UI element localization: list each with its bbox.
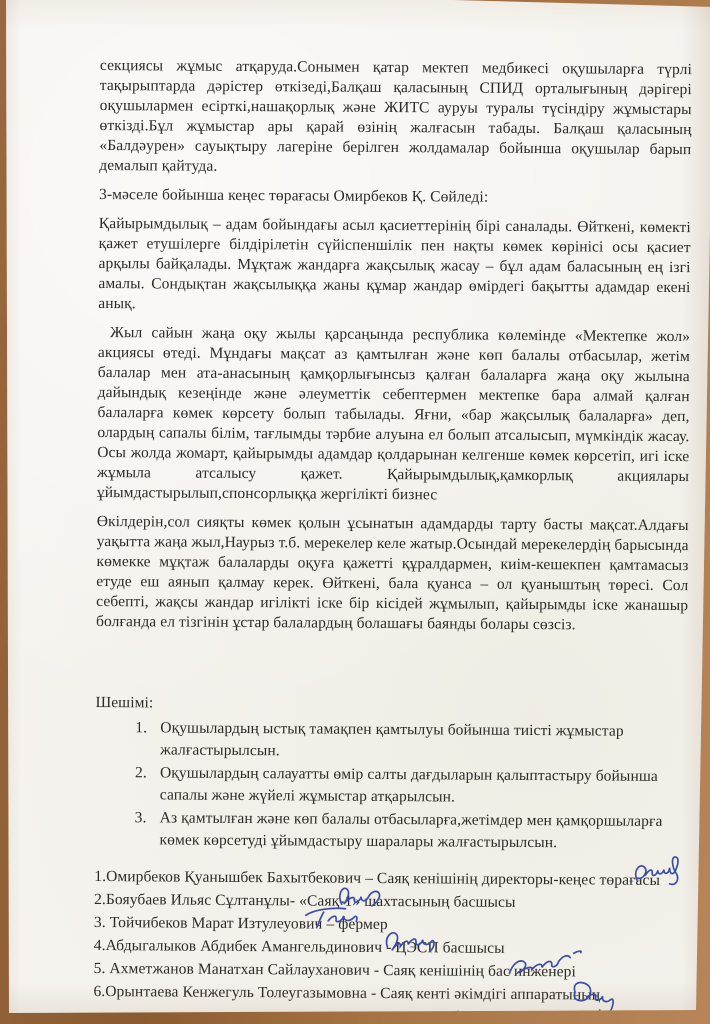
paragraph-holidays: Өкілдерін,сол сияқты көмек қолын ұсынаты… [96,512,689,636]
decision-heading: Шешімі: [95,692,687,718]
signatory-line: 3. Тойчибеков Марат Изтулеуович – фермер [94,914,388,933]
decision-item-number: 2. [135,762,160,806]
decision-item: 2. Оқушылардың салауатты өмір салты дағд… [135,762,687,810]
decision-item: 3. Аз қамтылған және көп балалы отбасыла… [134,807,686,855]
paragraph-continuation: секциясы жұмыс атқаруда.Сонымен қатар ме… [99,56,692,180]
paragraph-charity: Қайырымдылық – адам бойындағы асыл қасие… [98,214,691,318]
decision-item-number: 1. [135,717,160,761]
signatory-line: 6.Орынтаева Кенжегуль Толеугазымовна - С… [93,983,600,1004]
decision-item-number: 3. [134,807,159,851]
decision-item-text: Оқушылардың ыстық тамақпен қамтылуы бойы… [160,717,676,765]
photo-background: секциясы жұмыс атқаруда.Сонымен қатар ме… [0,0,710,1024]
signatory-line: 1.Омирбеков Қуанышбек Бахытбекович – Сая… [94,868,660,889]
signatory-line: 2.Бояубаев Ильяс Сұлтанұлы- «Саяқ-1» шах… [94,891,516,911]
decision-item: 1. Оқушылардың ыстық тамақпен қамтылуы б… [135,717,687,765]
decision-item-text: Аз қамтылған және көп балалы отбасыларға… [159,807,675,855]
paragraph-school-road: Жыл сайын жаңа оқу жылы қарсаңында респу… [97,323,690,507]
document-content: секциясы жұмыс атқаруда.Сонымен қатар ме… [93,56,692,1024]
document-page: секциясы жұмыс атқаруда.Сонымен қатар ме… [0,0,710,1024]
decision-section: Шешімі: 1. Оқушылардың ыстық тамақпен қа… [94,692,687,855]
decision-item-text: Оқушылардың салауатты өмір салты дағдыла… [160,762,676,810]
signatories-section: 1.Омирбеков Қуанышбек Бахытбекович – Сая… [93,865,686,1024]
signatory-row: 6.Орынтаева Кенжегуль Толеугазымовна - С… [93,980,685,1007]
signatory-line: 5. Ахметжанов Манатхан Сайлауханович - С… [94,960,576,980]
signatory-line: 4.Абдыгалыков Абдибек Амангельдинович - … [94,937,505,957]
speaker-heading: 3-мәселе бойынша кеңес төрағасы Омирбеко… [99,185,691,209]
signatory-continuation: бас маманы [451,1005,685,1024]
